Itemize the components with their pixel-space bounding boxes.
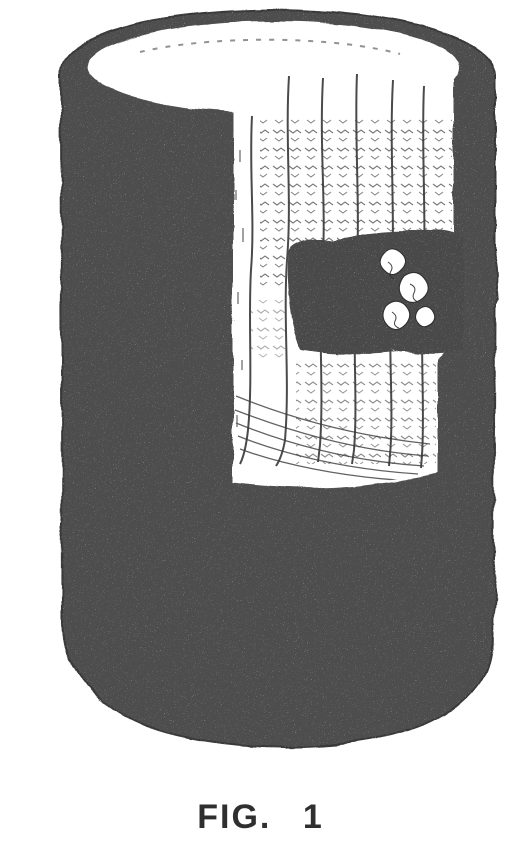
canister-cutaway-svg: [0, 0, 521, 862]
canister-cutaway-illustration: [0, 0, 521, 862]
embedded-object: [285, 230, 462, 353]
patent-figure-page: FIG. 1: [0, 0, 521, 862]
figure-1: FIG. 1: [0, 0, 521, 862]
figure-caption: FIG. 1: [0, 798, 521, 837]
